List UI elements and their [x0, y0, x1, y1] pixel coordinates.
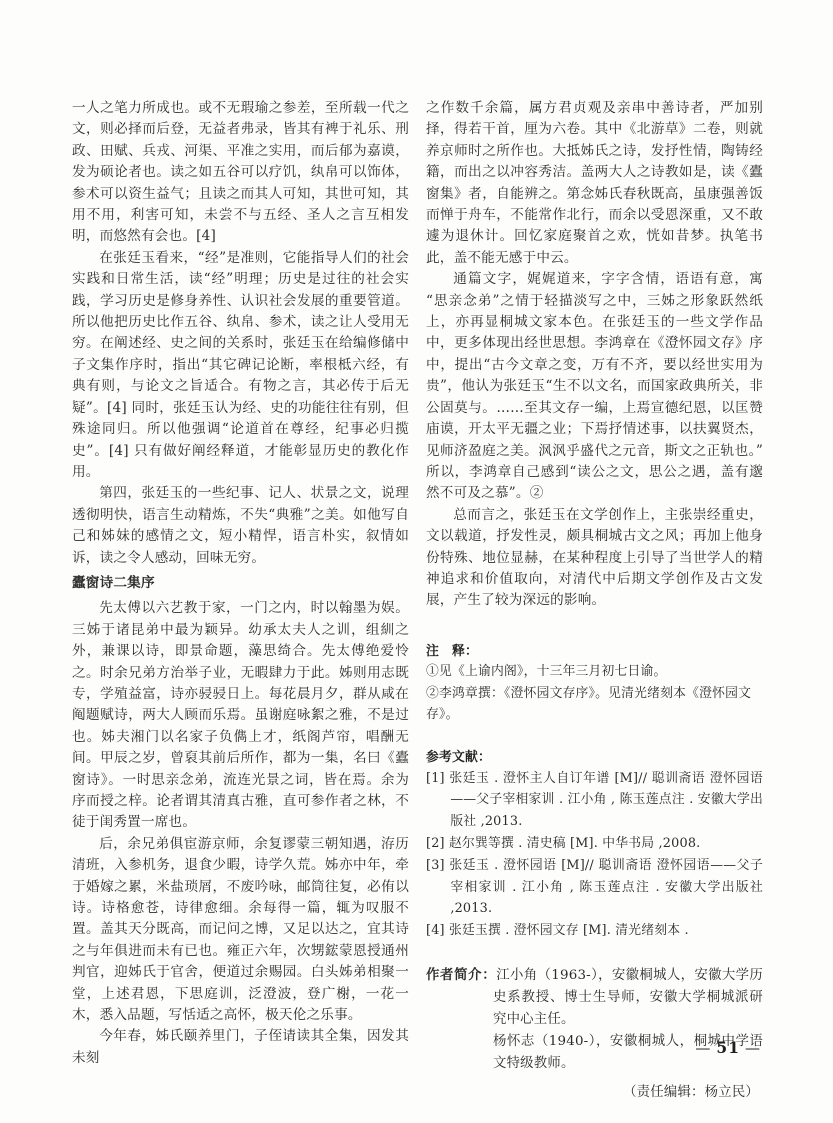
- editor-credit: （责任编辑：杨立民）: [426, 1082, 763, 1104]
- note-item: ①见《上谕内阁》，十三年三月初七日谕。: [426, 661, 763, 683]
- reference-item: [3] 张廷玉 . 澄怀园语 [M]// 聪训斋语 澄怀园语——父子宰相家训 .…: [426, 855, 763, 920]
- author-bio-label: 作者简介：: [426, 967, 496, 982]
- page-number: —51—: [695, 1038, 761, 1057]
- body-paragraph: 在张廷玉看来，“经”是准则，它能指导人们的社会实践和日常生活，读“经”明理；历史…: [72, 248, 409, 483]
- note-item: ②李鸿章撰：《澄怀园文存序》。见清光绪刻本《澄怀园文存》。: [426, 683, 763, 726]
- body-paragraph: 先太傅以六艺教于家，一门之内，时以翰墨为娱。三姊于诸昆弟中最为颖异。幼承太夫人之…: [72, 598, 409, 833]
- reference-item: [1] 张廷玉 . 澄怀主人自订年谱 [M]// 聪训斋语 澄怀园语——父子宰相…: [426, 768, 763, 833]
- notes-section: 注 释： ①见《上谕内阁》，十三年三月初七日谕。 ②李鸿章撰：《澄怀园文存序》。…: [426, 640, 763, 726]
- left-column: 一人之笔力所成也。或不无瑕瑜之参差，至所载一代之文，则必择而后登，无益者弗录，皆…: [72, 98, 409, 1104]
- page-number-value: 51: [711, 1038, 745, 1057]
- right-column: 之作数千余篇，属方君贞观及亲串中善诗者，严加别择，得若干首，厘为六卷。其中《北游…: [426, 98, 763, 1104]
- page-content: 一人之笔力所成也。或不无瑕瑜之参差，至所载一代之文，则必择而后登，无益者弗录，皆…: [72, 98, 764, 1104]
- references-section: 参考文献： [1] 张廷玉 . 澄怀主人自订年谱 [M]// 聪训斋语 澄怀园语…: [426, 746, 763, 942]
- author-bio-section: 作者简介：江小角（1963-），安徽桐城人，安徽大学历史系教授、博士生导师，安徽…: [426, 964, 763, 1104]
- body-paragraph: 通篇文字，娓娓道来，字字含情，语语有意，寓“思亲念弟”之情于轻描淡写之中，三姊之…: [426, 269, 763, 504]
- references-heading: 参考文献：: [426, 746, 763, 768]
- reference-item: [4] 张廷玉撰 . 澄怀园文存 [M]. 清光绪刻本 .: [426, 920, 763, 942]
- reference-item: [2] 赵尔巽等撰 . 清史稿 [M]. 中华书局 ,2008.: [426, 833, 763, 855]
- body-paragraph: 总而言之，张廷玉在文学创作上，主张崇经重史，文以载道，抒发性灵，颇具桐城古文之风…: [426, 505, 763, 612]
- body-paragraph: 今年春，姊氏颐养里门，子侄请读其全集，因发其未刻: [72, 1026, 409, 1069]
- notes-heading: 注 释：: [426, 640, 763, 662]
- page-number-dash: —: [695, 1039, 711, 1057]
- journal-page: 一人之笔力所成也。或不无瑕瑜之参差，至所载一代之文，则必择而后登，无益者弗录，皆…: [0, 0, 833, 1123]
- author-bio-text: 江小角（1963-），安徽桐城人，安徽大学历史系教授、博士生导师，安徽大学桐城派…: [493, 968, 763, 1027]
- page-number-dash: —: [745, 1039, 761, 1057]
- author-bio: 作者简介：江小角（1963-），安徽桐城人，安徽大学历史系教授、博士生导师，安徽…: [426, 964, 763, 1031]
- body-paragraph: 之作数千余篇，属方君贞观及亲串中善诗者，严加别择，得若干首，厘为六卷。其中《北游…: [426, 98, 763, 269]
- body-paragraph: 一人之笔力所成也。或不无瑕瑜之参差，至所载一代之文，则必择而后登，无益者弗录，皆…: [72, 98, 409, 248]
- body-paragraph: 第四，张廷玉的一些纪事、记人、状景之文，说理透彻明快，语言生动精炼，不失“典雅”…: [72, 483, 409, 569]
- section-heading: 蠹窗诗二集序: [72, 573, 409, 594]
- body-paragraph: 后，余兄弟俱宦游京师，余复谬蒙三朝知遇，洊历清班，入参机务，退食少暇，诗学久荒。…: [72, 834, 409, 1027]
